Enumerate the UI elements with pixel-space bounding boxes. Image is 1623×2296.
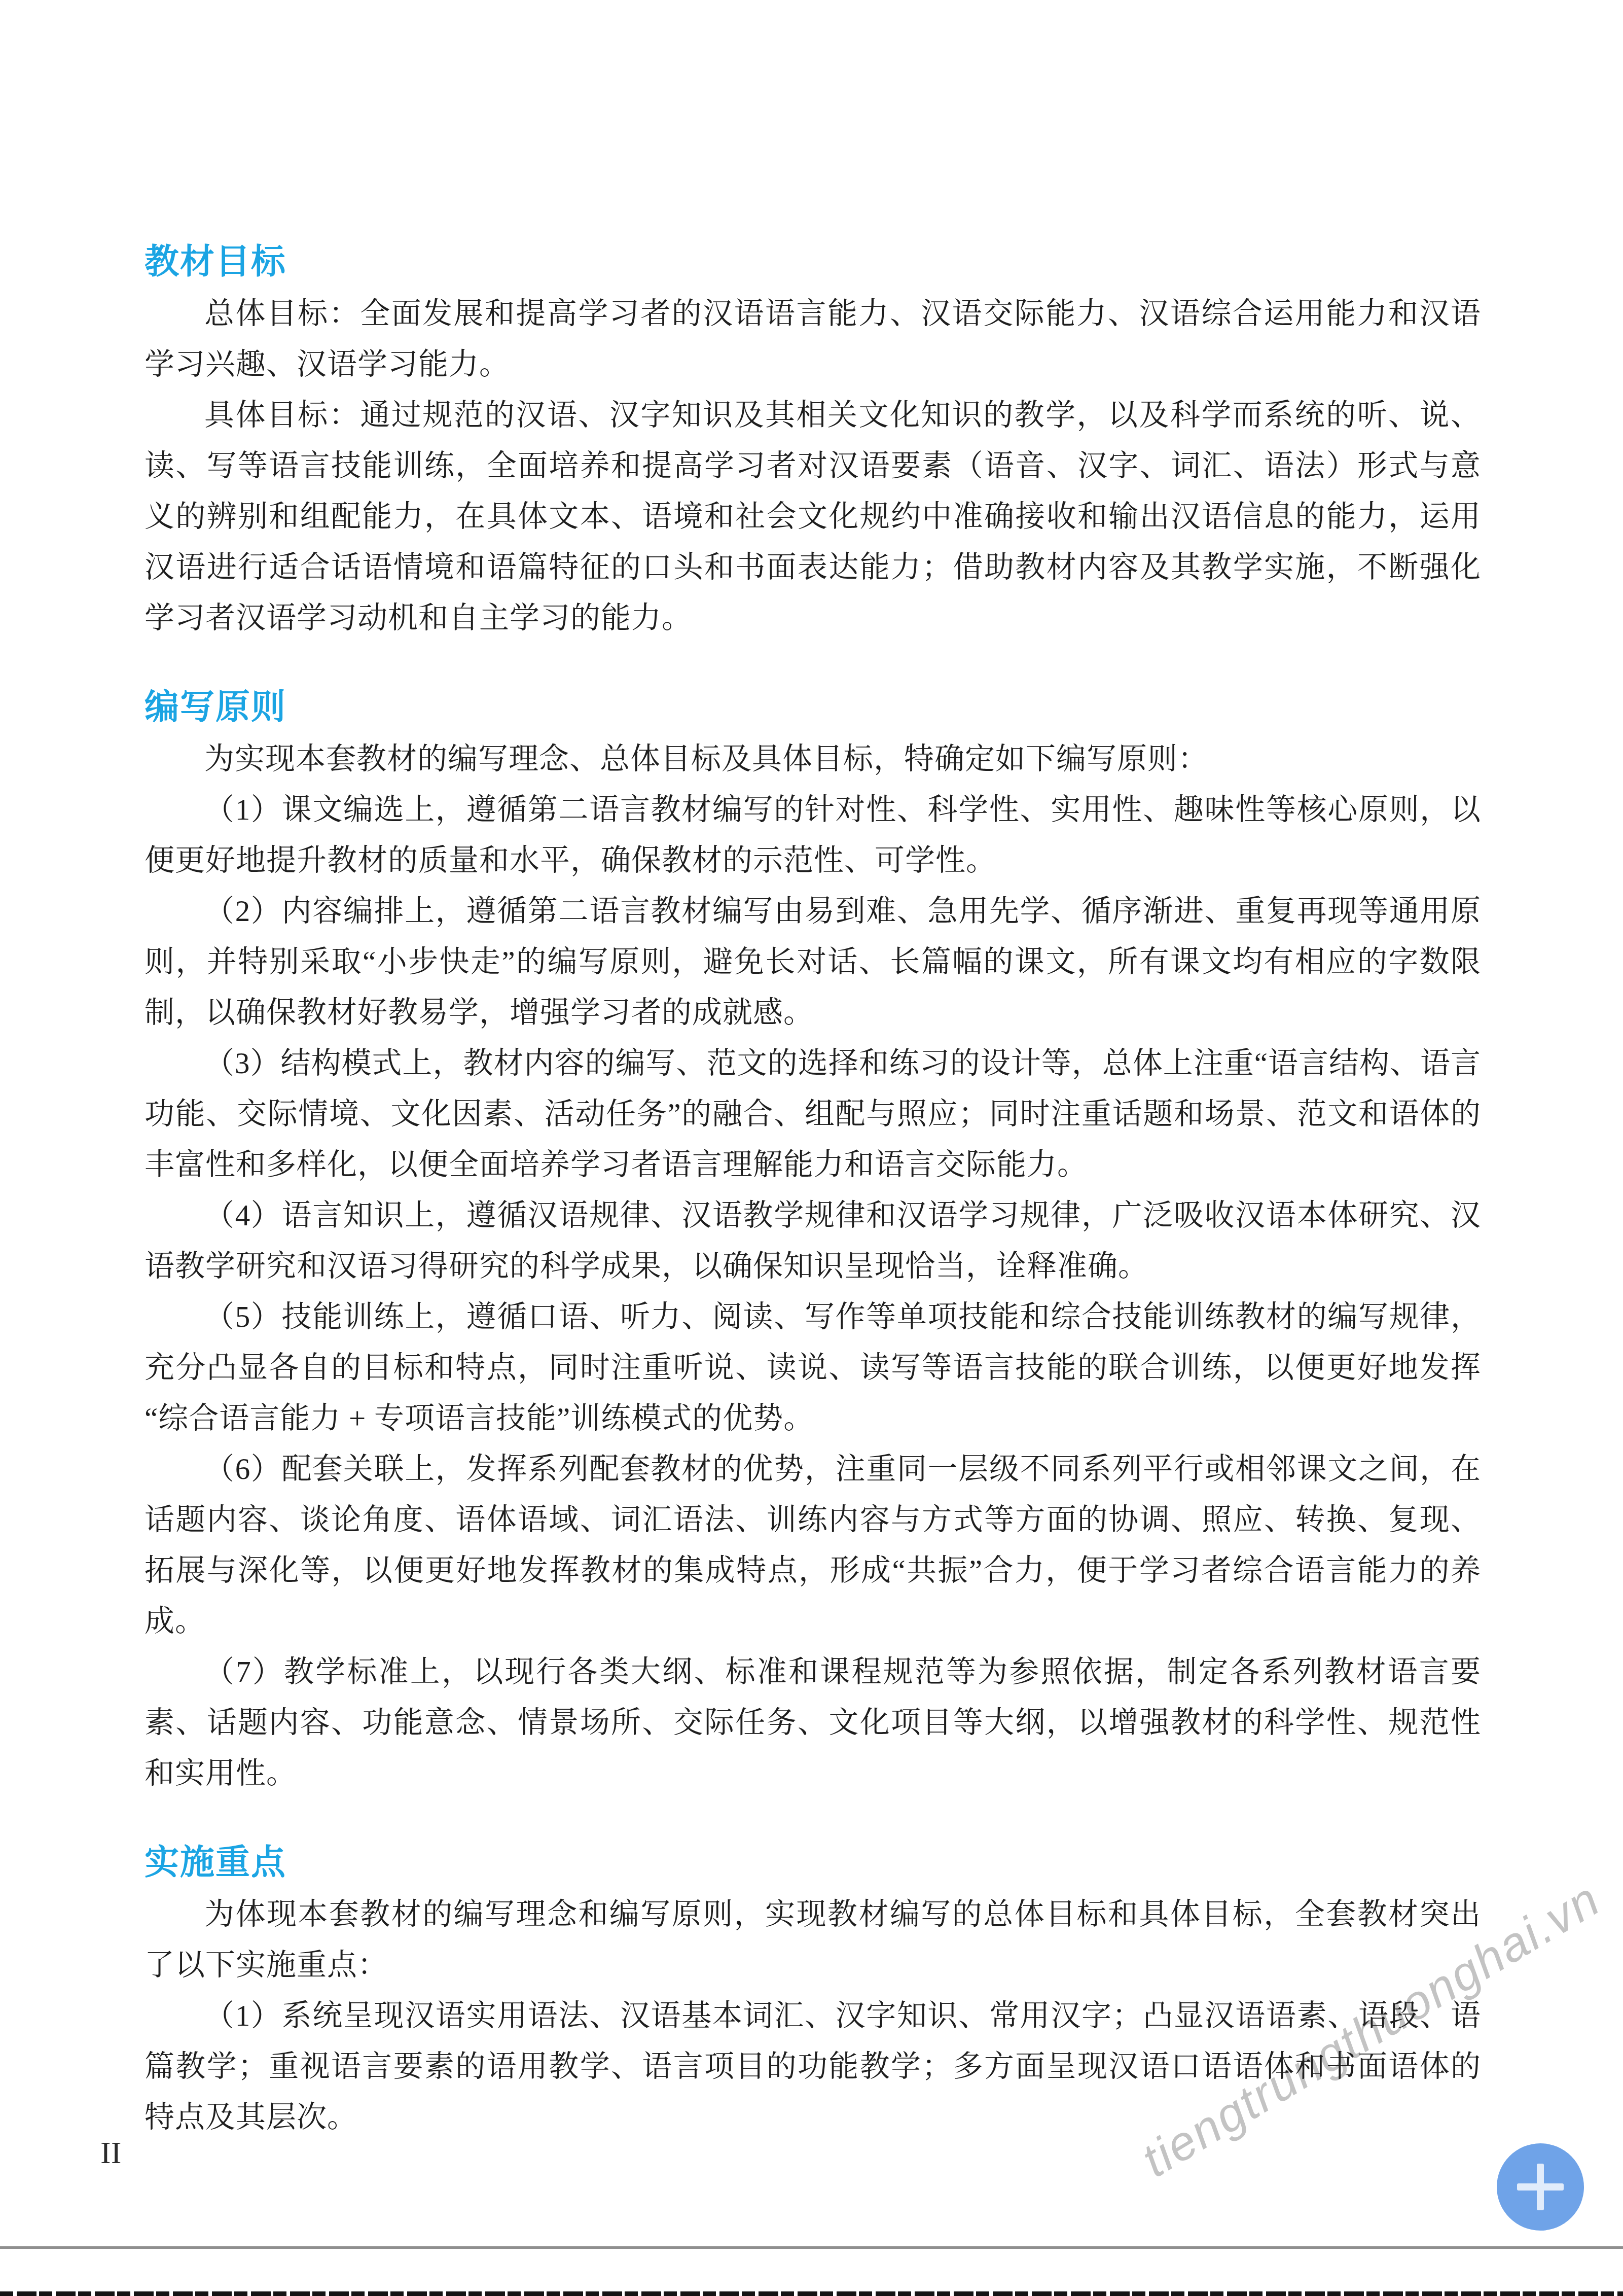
paragraph-principle-4: （4）语言知识上，遵循汉语规律、汉语教学规律和汉语学习规律，广泛吸收汉语本体研究… (145, 1190, 1481, 1291)
document-content: 教材目标 总体目标：全面发展和提高学习者的汉语语言能力、汉语交际能力、汉语综合运… (145, 238, 1481, 2142)
bottom-crop-line (0, 2291, 1623, 2296)
heading-textbook-goals: 教材目标 (145, 238, 1481, 285)
fab-add-button[interactable] (1497, 2143, 1584, 2231)
page-number: II (100, 2135, 121, 2171)
paragraph-principle-3: （3）结构模式上，教材内容的编写、范文的选择和练习的设计等，总体上注重“语言结构… (145, 1038, 1481, 1190)
footer-rule (0, 2246, 1623, 2249)
paragraph-principle-6: （6）配套关联上，发挥系列配套教材的优势，注重同一层级不同系列平行或相邻课文之间… (145, 1443, 1481, 1646)
section-compilation-principles: 编写原则 为实现本套教材的编写理念、总体目标及具体目标，特确定如下编写原则： （… (145, 684, 1481, 1798)
paragraph-principle-7: （7）教学标准上，以现行各类大纲、标准和课程规范等为参照依据，制定各系列教材语言… (145, 1646, 1481, 1798)
section-implementation-focus: 实施重点 为体现本套教材的编写理念和编写原则，实现教材编写的总体目标和具体目标，… (145, 1839, 1481, 2142)
paragraph-focus-1: （1）系统呈现汉语实用语法、汉语基本词汇、汉字知识、常用汉字；凸显汉语语素、语段… (145, 1990, 1481, 2142)
heading-implementation-focus: 实施重点 (145, 1839, 1481, 1886)
page-root: { "page": { "page_number": "II", "waterm… (0, 0, 1623, 2296)
section-textbook-goals: 教材目标 总体目标：全面发展和提高学习者的汉语语言能力、汉语交际能力、汉语综合运… (145, 238, 1481, 643)
paragraph-focus-intro: 为体现本套教材的编写理念和编写原则，实现教材编写的总体目标和具体目标，全套教材突… (145, 1889, 1481, 1990)
paragraph-principle-2: （2）内容编排上，遵循第二语言教材编写由易到难、急用先学、循序渐进、重复再现等通… (145, 886, 1481, 1038)
heading-compilation-principles: 编写原则 (145, 684, 1481, 730)
paragraph-specific-goal: 具体目标：通过规范的汉语、汉字知识及其相关文化知识的教学，以及科学而系统的听、说… (145, 390, 1481, 643)
plus-icon (1497, 2143, 1584, 2231)
paragraph-principle-1: （1）课文编选上，遵循第二语言教材编写的针对性、科学性、实用性、趣味性等核心原则… (145, 784, 1481, 886)
paragraph-principles-intro: 为实现本套教材的编写理念、总体目标及具体目标，特确定如下编写原则： (145, 733, 1481, 784)
paragraph-overall-goal: 总体目标：全面发展和提高学习者的汉语语言能力、汉语交际能力、汉语综合运用能力和汉… (145, 288, 1481, 390)
paragraph-principle-5: （5）技能训练上，遵循口语、听力、阅读、写作等单项技能和综合技能训练教材的编写规… (145, 1291, 1481, 1443)
